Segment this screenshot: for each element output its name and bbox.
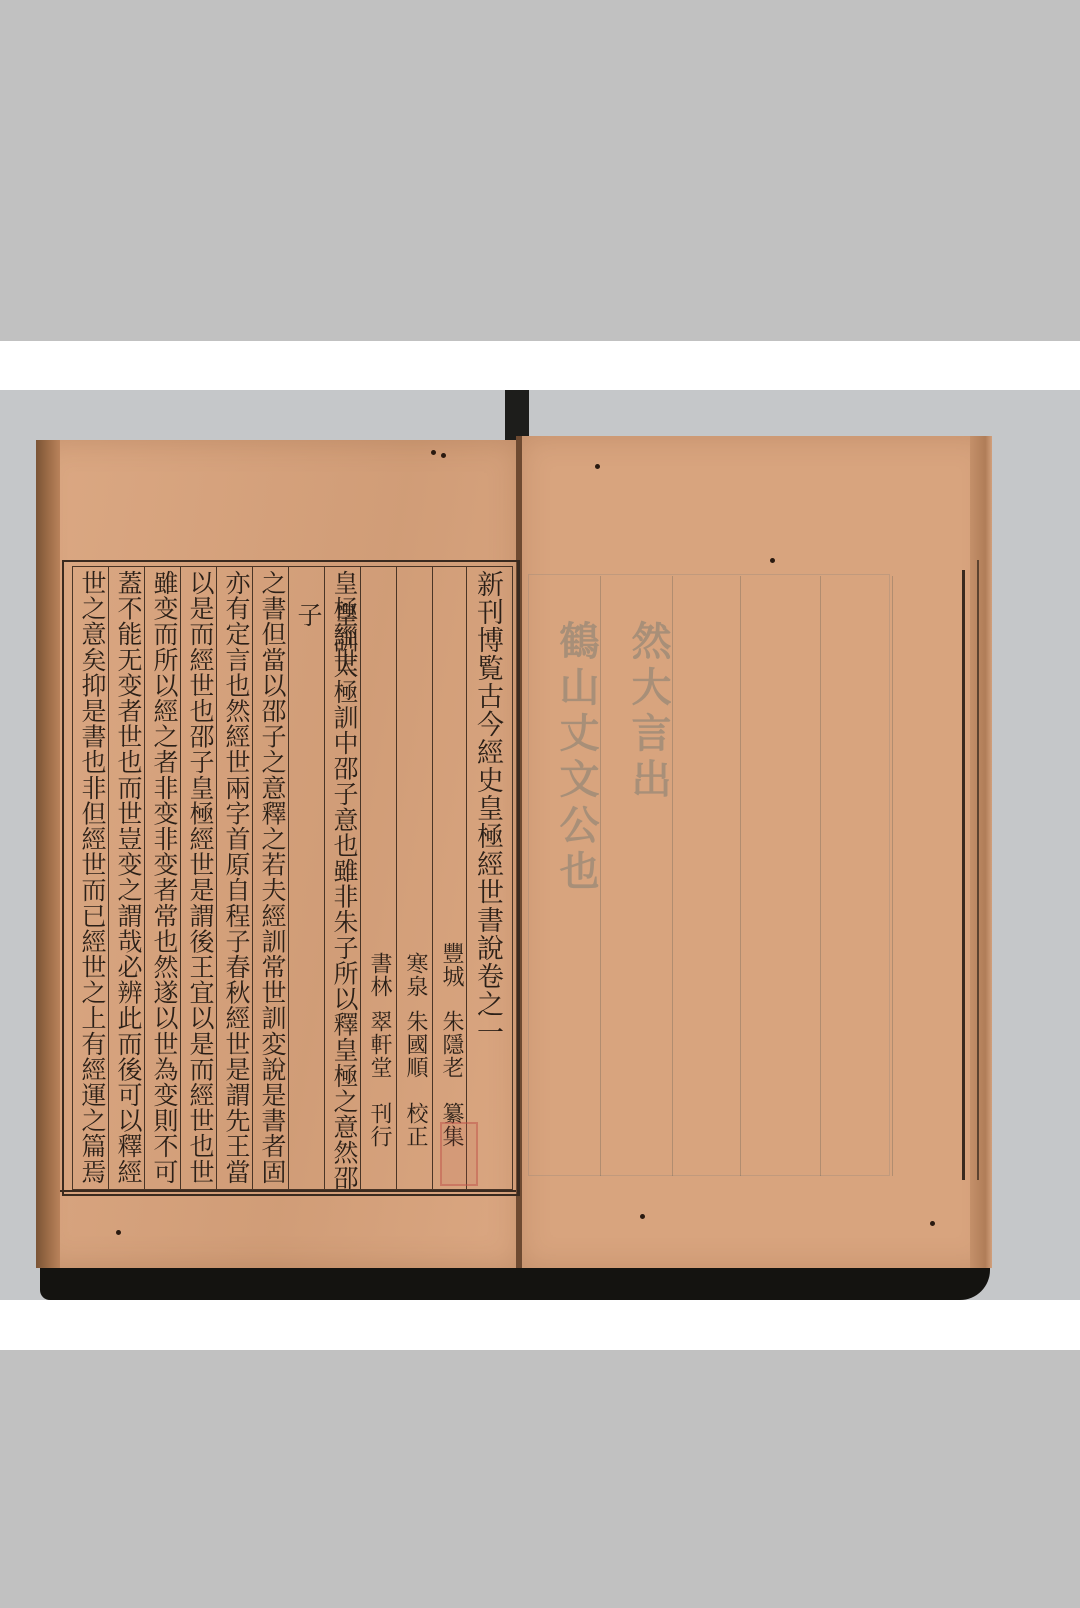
- credit-role-2: 校正: [400, 1102, 431, 1148]
- text-column-5: 雖变而所以經之者非变非变者常也然遂以世為变則不可: [146, 570, 182, 1184]
- red-seal-stamp: [440, 1122, 478, 1186]
- show-through-rule: [820, 576, 821, 1176]
- column-rule: [396, 566, 397, 1190]
- wormhole: [595, 464, 600, 469]
- credit-role-3: 刊行: [364, 1102, 395, 1148]
- credit-name-3: 翠軒堂: [364, 1010, 395, 1079]
- right-page-border-rule: [962, 570, 965, 1180]
- show-through-rule: [892, 576, 893, 1176]
- wormhole: [930, 1221, 935, 1226]
- credit-place-3: 書林: [364, 952, 395, 998]
- text-column-2: 之書但當以邵子之意釋之若夫經訓常世訓変說是書者固: [254, 570, 290, 1184]
- credit-place-1: 豐城: [436, 942, 467, 988]
- text-column-3: 亦有定言也然經世兩字首原自程子春秋經世是謂先王當: [218, 570, 254, 1184]
- book-shadow: [40, 1268, 990, 1300]
- page-stack-edge-right: [970, 436, 992, 1268]
- credit-name-2: 朱國順: [400, 1010, 431, 1079]
- show-through-text: 然大言出: [620, 620, 677, 804]
- top-gray-band: [0, 0, 1080, 341]
- wormhole: [640, 1214, 645, 1219]
- wormhole: [431, 450, 436, 455]
- bottom-gray-band: [0, 1350, 1080, 1608]
- credit-name-1: 朱隱老: [436, 1010, 467, 1079]
- column-rule: [466, 566, 467, 1190]
- show-through-text: 鶴山丈文公也: [548, 620, 605, 896]
- spine-shadow: [505, 390, 529, 440]
- page-stack-edge-left: [36, 440, 60, 1268]
- book-title: 新刊博覧古今經史皇極經世書說卷之一: [468, 570, 507, 1046]
- frame-bottom-rule: [60, 1190, 516, 1192]
- column-rule: [432, 566, 433, 1190]
- printed-text-frame: 新刊博覧古今經史皇極經世書說卷之一 豐城 朱隱老 纂集 寒泉 朱國順 校正 書林…: [62, 560, 520, 1196]
- book-photograph: 然大言出 鶴山丈文公也 新刊博覧古今經史皇極經世書說卷之一 豐城 朱隱老 纂集 …: [0, 390, 1080, 1300]
- text-column-6: 蓋不能无变者世也而世豈变之謂哉必辨此而後可以釋經: [110, 570, 146, 1184]
- credit-place-2: 寒泉: [400, 952, 431, 998]
- wormhole: [770, 558, 775, 563]
- text-column-4: 以是而經世也邵子皇極經世是謂後王宜以是而經世也世: [182, 570, 218, 1184]
- text-column-7: 世之意矣抑是書也非但經世而已經世之上有經運之篇焉: [74, 570, 110, 1184]
- wormhole: [116, 1230, 121, 1235]
- wormhole: [441, 453, 446, 458]
- text-column-1: 皇訓太極訓中邵子意也雖非朱子所以釋皇極之意然邵子: [290, 602, 362, 1194]
- show-through-rule: [740, 576, 741, 1176]
- right-page-border-rule: [977, 560, 979, 1180]
